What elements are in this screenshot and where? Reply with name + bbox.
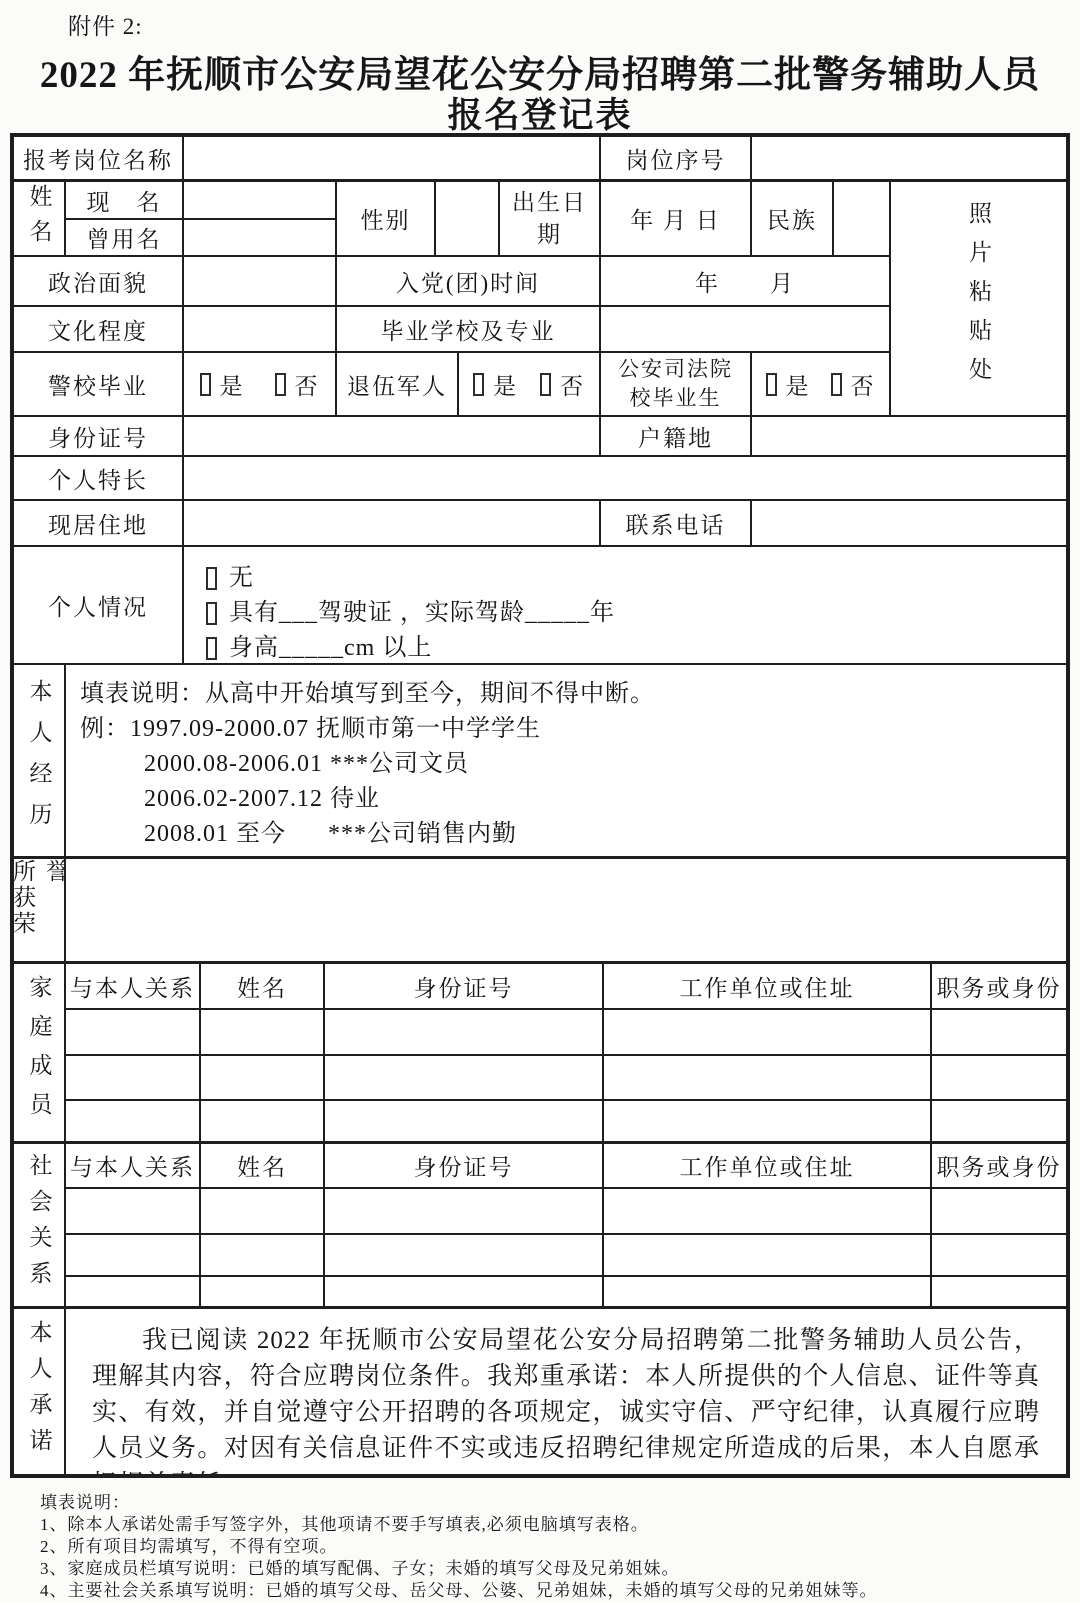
position-serial-label: 岗位序号 xyxy=(601,137,752,182)
attachment-label: 附件 2: xyxy=(68,8,143,41)
former-name-label: 曾用名 xyxy=(66,220,184,257)
fill-instructions: 填表说明： 1、除本人承诺处需手写签字外，其他项请不要手写填表,必须电脑填写表格… xyxy=(40,1492,1050,1602)
current-residence-label: 现居住地 xyxy=(14,501,184,547)
registered-residence-label: 户籍地 xyxy=(601,417,752,457)
gender-field xyxy=(436,182,500,257)
personal-situation-label: 个人情况 xyxy=(14,547,184,665)
current-name-field xyxy=(184,182,337,220)
personal-experience-label: 本人经历 xyxy=(14,665,66,859)
pledge-text: 我已阅读 2022 年抚顺市公安局望花公安分局招聘第二批警务辅助人员公告，理解其… xyxy=(92,1323,1040,1474)
yes-option-label: 是 xyxy=(220,368,245,401)
personal-situation-item: 无 xyxy=(229,561,254,596)
social-row-cell xyxy=(604,1277,932,1309)
contact-phone-field xyxy=(752,501,1066,547)
checkbox-tofu-icon xyxy=(206,567,217,590)
no-option-label: 否 xyxy=(560,368,585,401)
social-row-cell xyxy=(932,1277,1066,1309)
experience-note: 填表说明：从高中开始填写到至今，期间不得中断。 xyxy=(80,677,1066,712)
party-join-time-label: 入党(团)时间 xyxy=(337,257,601,307)
personal-experience-field: 填表说明：从高中开始填写到至今，期间不得中断。 例：1997.09-2000.0… xyxy=(66,665,1066,859)
social-header-name: 姓名 xyxy=(201,1144,325,1189)
checkbox-tofu-icon xyxy=(200,373,211,396)
checkbox-tofu-icon xyxy=(540,373,551,396)
social-row-cell xyxy=(325,1277,604,1309)
personal-specialty-label: 个人特长 xyxy=(14,457,184,501)
experience-example: 例：1997.09-2000.07 抚顺市第一中学学生 xyxy=(80,712,1066,747)
fill-instruction-item: 3、家庭成员栏填写说明：已婚的填写配偶、子女；未婚的填写父母及兄弟姐妹。 xyxy=(40,1558,1050,1580)
social-header-workplace: 工作单位或住址 xyxy=(604,1144,932,1189)
position-serial-field xyxy=(752,137,1066,182)
graduate-school-field xyxy=(601,307,891,353)
family-row-cell xyxy=(604,1010,932,1056)
social-row-cell xyxy=(604,1189,932,1235)
ethnicity-field xyxy=(834,182,891,257)
page-subtitle: 报名登记表 xyxy=(0,88,1080,138)
former-name-field xyxy=(184,220,337,257)
id-number-label: 身份证号 xyxy=(14,417,184,457)
registered-residence-field xyxy=(752,417,1066,457)
position-name-field xyxy=(184,137,601,182)
social-row-cell xyxy=(201,1189,325,1235)
name-label: 姓名 xyxy=(14,182,66,257)
social-header-id: 身份证号 xyxy=(325,1144,604,1189)
social-row-cell xyxy=(201,1235,325,1277)
political-status-field xyxy=(184,257,337,307)
experience-example: 2008.01 至今 ***公司销售内勤 xyxy=(80,817,1066,852)
personal-specialty-field xyxy=(184,457,1066,501)
fill-instruction-item: 2、所有项目均需填写，不得有空项。 xyxy=(40,1536,1050,1558)
personal-situation-item: 身高_____cm 以上 xyxy=(229,631,432,665)
family-header-workplace: 工作单位或住址 xyxy=(604,964,932,1010)
education-level-field xyxy=(184,307,337,353)
registration-form-table: 报考岗位名称 岗位序号 姓名 现 名 曾用名 性别 出生日期 年 月 日 民族 … xyxy=(10,133,1070,1478)
social-row-cell xyxy=(66,1235,201,1277)
police-school-grad-options: 是 否 xyxy=(184,353,337,417)
fill-instruction-item: 4、主要社会关系填写说明：已婚的填写父母、岳父母、公婆、兄弟姐妹，未婚的填写父母… xyxy=(40,1580,1050,1602)
veteran-label: 退伍军人 xyxy=(337,353,459,417)
contact-phone-label: 联系电话 xyxy=(601,501,752,547)
social-row-cell xyxy=(325,1189,604,1235)
family-row-cell xyxy=(325,1101,604,1144)
family-header-title: 职务或身份 xyxy=(932,964,1066,1010)
honors-label: 所获荣誉 xyxy=(14,859,66,964)
fill-instructions-heading: 填表说明： xyxy=(40,1492,1050,1514)
birth-date-label: 出生日期 xyxy=(500,182,601,257)
social-row-cell xyxy=(66,1189,201,1235)
family-row-cell xyxy=(604,1101,932,1144)
yes-option-label: 是 xyxy=(786,368,811,401)
social-row-cell xyxy=(325,1235,604,1277)
social-row-cell xyxy=(66,1277,201,1309)
experience-example: 2000.08-2006.01 ***公司文员 xyxy=(80,747,1066,782)
family-row-cell xyxy=(201,1101,325,1144)
fill-instruction-item: 1、除本人承诺处需手写签字外，其他项请不要手写填表,必须电脑填写表格。 xyxy=(40,1514,1050,1536)
political-status-label: 政治面貌 xyxy=(14,257,184,307)
position-name-label: 报考岗位名称 xyxy=(14,137,184,182)
police-judicial-grad-options: 是 否 xyxy=(752,353,891,417)
social-relations-label: 社会关系 xyxy=(14,1144,66,1309)
current-name-label: 现 名 xyxy=(66,182,184,220)
checkbox-tofu-icon xyxy=(766,373,777,396)
current-residence-field xyxy=(184,501,601,547)
party-join-time-field: 年 月 xyxy=(601,257,891,307)
family-header-name: 姓名 xyxy=(201,964,325,1010)
family-row-cell xyxy=(201,1056,325,1101)
police-judicial-grad-label: 公安司法院校毕业生 xyxy=(601,353,752,417)
family-header-relation: 与本人关系 xyxy=(66,964,201,1010)
veteran-options: 是 否 xyxy=(459,353,601,417)
checkbox-tofu-icon xyxy=(275,373,286,396)
checkbox-tofu-icon xyxy=(831,373,842,396)
family-header-id: 身份证号 xyxy=(325,964,604,1010)
experience-example: 2006.02-2007.12 待业 xyxy=(80,782,1066,817)
checkbox-tofu-icon xyxy=(206,637,217,660)
pledge-field: 我已阅读 2022 年抚顺市公安局望花公安分局招聘第二批警务辅助人员公告，理解其… xyxy=(66,1309,1066,1474)
social-row-cell xyxy=(932,1189,1066,1235)
family-row-cell xyxy=(66,1101,201,1144)
checkbox-tofu-icon xyxy=(206,602,217,625)
ethnicity-label: 民族 xyxy=(752,182,834,257)
personal-situation-field: 无 具有___驾驶证 ，实际驾龄_____年 身高_____cm 以上 xyxy=(184,547,1066,665)
social-header-title: 职务或身份 xyxy=(932,1144,1066,1189)
birth-date-field: 年 月 日 xyxy=(601,182,752,257)
family-row-cell xyxy=(932,1010,1066,1056)
family-row-cell xyxy=(66,1010,201,1056)
education-level-label: 文化程度 xyxy=(14,307,184,353)
honors-field xyxy=(66,859,1066,964)
no-option-label: 否 xyxy=(851,368,876,401)
social-row-cell xyxy=(604,1235,932,1277)
social-row-cell xyxy=(932,1235,1066,1277)
photo-paste-area: 照片粘贴处 xyxy=(891,182,1066,417)
family-row-cell xyxy=(604,1056,932,1101)
pledge-label: 本人承诺 xyxy=(14,1309,66,1474)
checkbox-tofu-icon xyxy=(473,373,484,396)
yes-option-label: 是 xyxy=(493,368,518,401)
graduate-school-label: 毕业学校及专业 xyxy=(337,307,601,353)
family-row-cell xyxy=(66,1056,201,1101)
gender-label: 性别 xyxy=(337,182,436,257)
no-option-label: 否 xyxy=(295,368,320,401)
social-header-relation: 与本人关系 xyxy=(66,1144,201,1189)
id-number-field xyxy=(184,417,601,457)
police-school-grad-label: 警校毕业 xyxy=(14,353,184,417)
family-row-cell xyxy=(932,1101,1066,1144)
family-row-cell xyxy=(325,1056,604,1101)
family-row-cell xyxy=(932,1056,1066,1101)
family-row-cell xyxy=(201,1010,325,1056)
family-members-label: 家庭成员 xyxy=(14,964,66,1144)
social-row-cell xyxy=(201,1277,325,1309)
family-row-cell xyxy=(325,1010,604,1056)
personal-situation-item: 具有___驾驶证 ，实际驾龄_____年 xyxy=(229,596,615,631)
